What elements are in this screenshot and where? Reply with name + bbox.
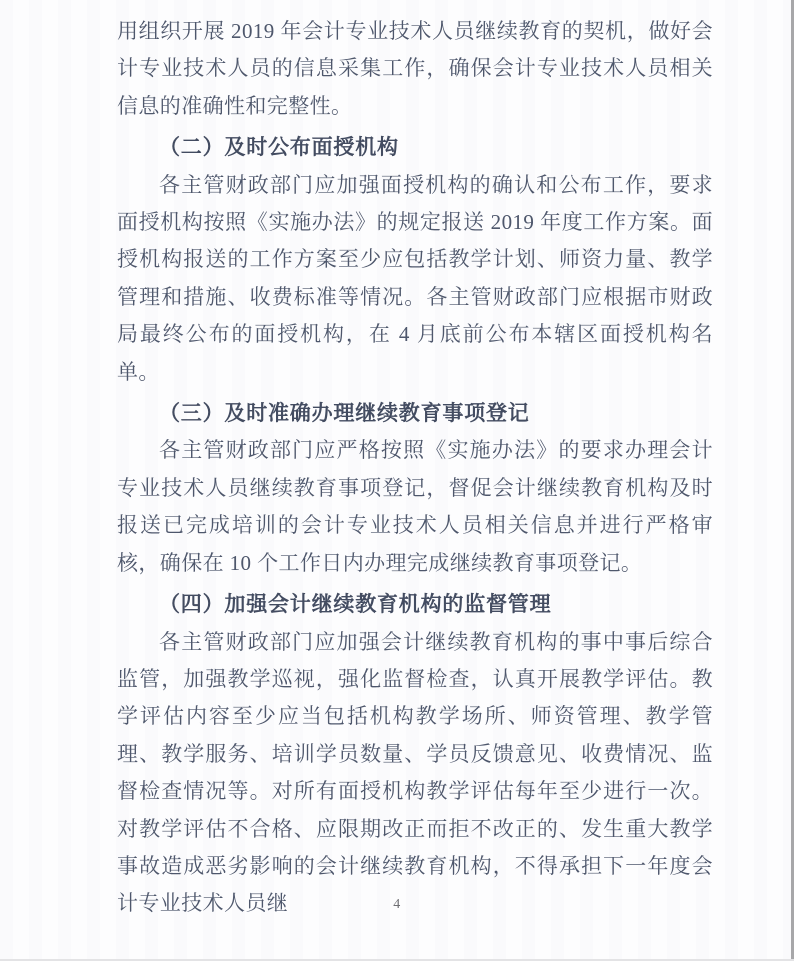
body-paragraph: 各主管财政部门应严格按照《实施办法》的要求办理会计专业技术人员继续教育事项登记，… xyxy=(117,432,713,582)
section-heading: （二）及时公布面授机构 xyxy=(117,129,713,166)
page-number: 4 xyxy=(0,897,794,913)
document-page: 用组织开展 2019 年会计专业技术人员继续教育的契机，做好会计专业技术人员的信… xyxy=(0,0,794,961)
page-body: 用组织开展 2019 年会计专业技术人员继续教育的契机，做好会计专业技术人员的信… xyxy=(117,13,713,923)
body-paragraph: 各主管财政部门应加强面授机构的确认和公布工作，要求面授机构按照《实施办法》的规定… xyxy=(117,167,713,391)
section-heading: （三）及时准确办理继续教育事项登记 xyxy=(117,395,713,432)
section-heading: （四）加强会计继续教育机构的监督管理 xyxy=(117,586,713,623)
body-paragraph: 各主管财政部门应加强会计继续教育机构的事中事后综合监管，加强教学巡视，强化监督检… xyxy=(117,624,713,923)
body-paragraph: 用组织开展 2019 年会计专业技术人员继续教育的契机，做好会计专业技术人员的信… xyxy=(117,13,713,125)
